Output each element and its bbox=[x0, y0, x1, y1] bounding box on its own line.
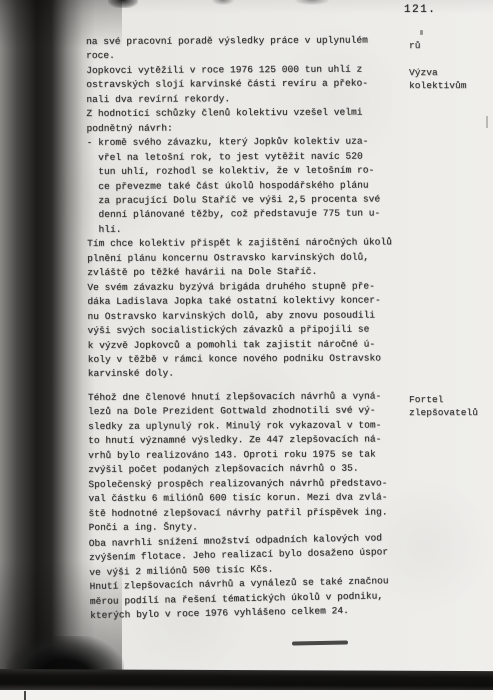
bottom-edge-line bbox=[24, 691, 26, 700]
scan-artifact-streak bbox=[292, 641, 348, 646]
page-fold-dark-band bbox=[0, 669, 493, 692]
margin-note: Výzva kolektivům bbox=[409, 66, 467, 92]
body-paragraph: na své pracovní poradě výsledky práce v … bbox=[86, 33, 408, 382]
below-fold-paper-strip bbox=[0, 690, 493, 700]
scanned-document-page: 121. na své pracovní poradě výsledky prá… bbox=[0, 0, 493, 700]
top-edge-smudge bbox=[295, 0, 329, 5]
top-edge-smudge bbox=[212, 0, 234, 5]
stray-ink-dot bbox=[420, 30, 423, 35]
main-text-column: na své pracovní poradě výsledky práce v … bbox=[86, 33, 409, 624]
body-paragraph: Téhož dne členové hnutí zlepšovacích náv… bbox=[88, 389, 409, 535]
page-number: 121. bbox=[404, 4, 436, 16]
margin-note: Fortel zlepšovatelů bbox=[409, 393, 478, 419]
margin-note: rů bbox=[409, 39, 421, 52]
right-edge-mark bbox=[486, 116, 488, 128]
body-paragraph: Oba navrhli snížení množství odpadních k… bbox=[89, 531, 411, 624]
